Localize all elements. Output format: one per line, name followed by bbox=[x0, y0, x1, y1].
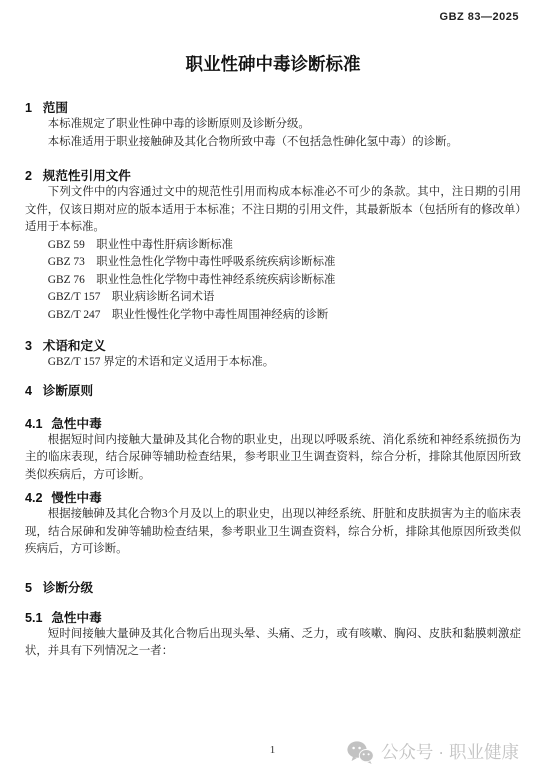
section-title: 术语和定义 bbox=[43, 339, 106, 353]
scope-paragraph-1: 本标准规定了职业性砷中毒的诊断原则及诊断分级。 bbox=[25, 116, 521, 134]
reference-code: GBZ/T 157 bbox=[48, 289, 101, 307]
subsection-title: 急性中毒 bbox=[51, 417, 101, 431]
subsection-title: 慢性中毒 bbox=[51, 491, 101, 505]
section-title: 规范性引用文件 bbox=[43, 169, 131, 183]
document-title: 职业性砷中毒诊断标准 bbox=[25, 52, 521, 76]
reference-item: GBZ 76职业性急性化学物中毒性神经系统疾病诊断标准 bbox=[25, 272, 521, 290]
subsection-heading-acute-poisoning-grading: 5.1急性中毒 bbox=[25, 610, 521, 626]
section-title: 诊断分级 bbox=[43, 581, 93, 595]
reference-item: GBZ 73职业性急性化学物中毒性呼吸系统疾病诊断标准 bbox=[25, 254, 521, 272]
subsection-number: 4.2 bbox=[25, 490, 43, 506]
reference-item: GBZ 59职业性中毒性肝病诊断标准 bbox=[25, 237, 521, 255]
acute-grading-paragraph: 短时间接触大量砷及其化合物后出现头晕、头痛、乏力，或有咳嗽、胸闷、皮肤和黏膜刺激… bbox=[25, 626, 521, 661]
reference-title: 职业性中毒性肝病诊断标准 bbox=[96, 239, 233, 251]
section-heading-normative-references: 2规范性引用文件 bbox=[25, 168, 521, 184]
terms-paragraph: GBZ/T 157 界定的术语和定义适用于本标准。 bbox=[25, 354, 521, 372]
standard-code: GBZ 83—2025 bbox=[25, 10, 521, 24]
subsection-title: 急性中毒 bbox=[51, 611, 101, 625]
acute-principle-paragraph: 根据短时间内接触大量砷及其化合物的职业史，出现以呼吸系统、消化系统和神经系统损伤… bbox=[25, 432, 521, 485]
section-heading-diagnostic-grading: 5诊断分级 bbox=[25, 580, 521, 596]
document-page: GBZ 83—2025 职业性砷中毒诊断标准 1范围 本标准规定了职业性砷中毒的… bbox=[0, 0, 545, 777]
watermark-text: 公众号 · 职业健康 bbox=[381, 740, 519, 764]
reference-item: GBZ/T 157职业病诊断名词术语 bbox=[25, 289, 521, 307]
reference-code: GBZ 59 bbox=[48, 237, 85, 255]
section-number: 3 bbox=[25, 338, 32, 354]
section-heading-terms-definitions: 3术语和定义 bbox=[25, 338, 521, 354]
section-heading-scope: 1范围 bbox=[25, 100, 521, 116]
reference-code: GBZ 76 bbox=[48, 272, 85, 290]
reference-title: 职业性急性化学物中毒性神经系统疾病诊断标准 bbox=[96, 274, 335, 286]
reference-title: 职业病诊断名词术语 bbox=[112, 291, 215, 303]
section-number: 4 bbox=[25, 383, 32, 399]
section-number: 2 bbox=[25, 168, 32, 184]
reference-code: GBZ 73 bbox=[48, 254, 85, 272]
section-number: 5 bbox=[25, 580, 32, 596]
references-intro-paragraph: 下列文件中的内容通过文中的规范性引用而构成本标准必不可少的条款。其中，注日期的引… bbox=[25, 184, 521, 237]
reference-title: 职业性急性化学物中毒性呼吸系统疾病诊断标准 bbox=[96, 256, 335, 268]
reference-list: GBZ 59职业性中毒性肝病诊断标准 GBZ 73职业性急性化学物中毒性呼吸系统… bbox=[25, 237, 521, 325]
subsection-heading-acute-poisoning-principle: 4.1急性中毒 bbox=[25, 416, 521, 432]
section-number: 1 bbox=[25, 100, 32, 116]
reference-item: GBZ/T 247职业性慢性化学物中毒性周围神经病的诊断 bbox=[25, 307, 521, 325]
subsection-number: 4.1 bbox=[25, 416, 43, 432]
reference-code: GBZ/T 247 bbox=[48, 307, 101, 325]
subsection-number: 5.1 bbox=[25, 610, 43, 626]
section-title: 范围 bbox=[43, 101, 68, 115]
wechat-icon bbox=[347, 741, 374, 764]
section-heading-diagnostic-principles: 4诊断原则 bbox=[25, 383, 521, 399]
watermark: 公众号 · 职业健康 bbox=[347, 740, 519, 764]
chronic-principle-paragraph: 根据接触砷及其化合物3个月及以上的职业史，出现以神经系统、肝脏和皮肤损害为主的临… bbox=[25, 506, 521, 559]
subsection-heading-chronic-poisoning-principle: 4.2慢性中毒 bbox=[25, 490, 521, 506]
section-title: 诊断原则 bbox=[43, 384, 93, 398]
reference-title: 职业性慢性化学物中毒性周围神经病的诊断 bbox=[112, 309, 328, 321]
scope-paragraph-2: 本标准适用于职业接触砷及其化合物所致中毒（不包括急性砷化氢中毒）的诊断。 bbox=[25, 134, 521, 152]
